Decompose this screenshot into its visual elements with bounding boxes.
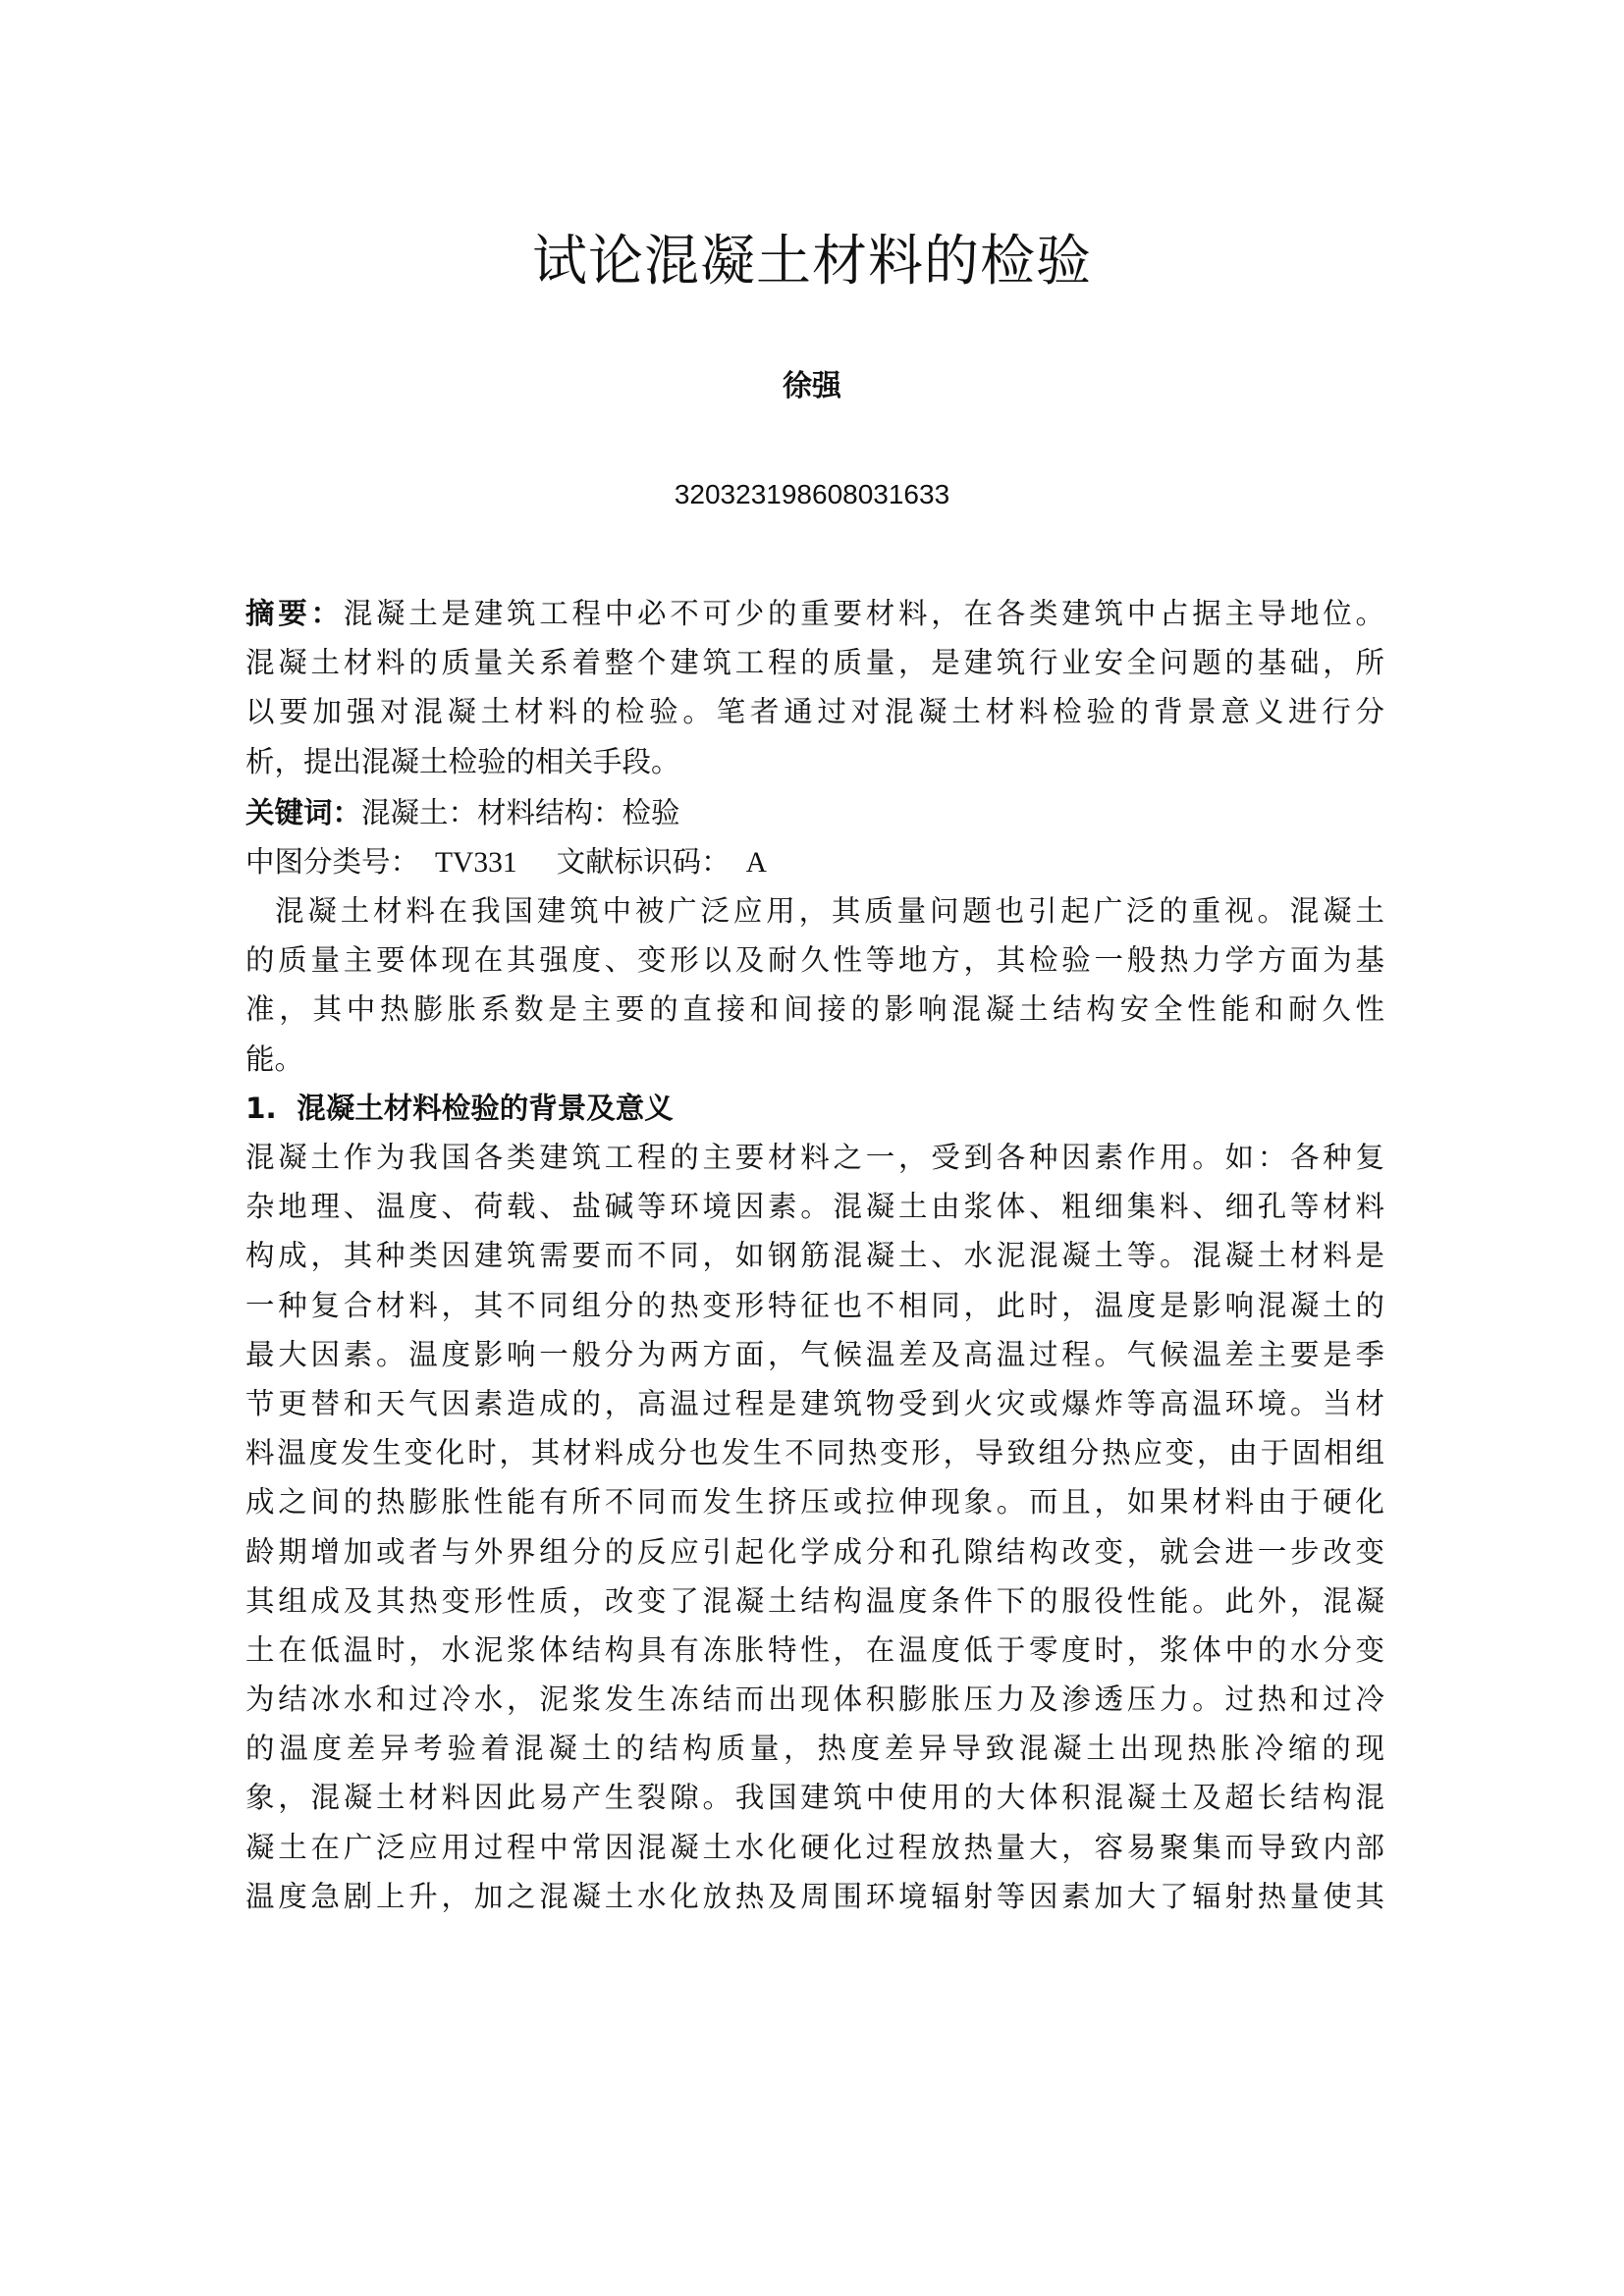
section-1-heading-block: 1. 混凝土材料检验的背景及意义 — [245, 1084, 1384, 1133]
section-1-line: 杂地理、温度、荷载、盐碱等环境因素。混凝土由浆体、粗细集料、细孔等材料 — [245, 1182, 1384, 1231]
section-1-line: 一种复合材料，其不同组分的热变形特征也不相同，此时，温度是影响混凝土的 — [245, 1281, 1384, 1330]
section-1-line: 的温度差异考验着混凝土的结构质量，热度差异导致混凝土出现热胀冷缩的现 — [245, 1724, 1384, 1773]
section-1-line: 构成，其种类因建筑需要而不同，如钢筋混凝土、水泥混凝土等。混凝土材料是 — [245, 1231, 1384, 1280]
author-name: 徐强 — [0, 367, 1624, 406]
abstract-line: 以要加强对混凝土材料的检验。笔者通过对混凝土材料检验的背景意义进行分 — [245, 687, 1384, 736]
section-1-line: 其组成及其热变形性质，改变了混凝土结构温度条件下的服役性能。此外，混凝 — [245, 1576, 1384, 1626]
section-1-line: 龄期增加或者与外界组分的反应引起化学成分和孔隙结构改变，就会进一步改变 — [245, 1527, 1384, 1576]
intro-paragraph: 混凝土材料在我国建筑中被广泛应用，其质量问题也引起广泛的重视。混凝土 的质量主要… — [245, 886, 1384, 1084]
section-1-line: 象，混凝土材料因此易产生裂隙。我国建筑中使用的大体积混凝土及超长结构混 — [245, 1773, 1384, 1822]
document-title: 试论混凝土材料的检验 — [0, 228, 1624, 296]
section-1-line: 温度急剧上升，加之混凝土水化放热及周围环境辐射等因素加大了辐射热量使其 — [245, 1872, 1384, 1921]
abstract-line: 析，提出混凝土检验的相关手段。 — [245, 737, 1384, 786]
abstract-line: 摘要：混凝土是建筑工程中必不可少的重要材料，在各类建筑中占据主导地位。 — [245, 589, 1384, 638]
classification-section: 中图分类号：TV331文献标识码：A — [245, 837, 1384, 886]
keywords-label: 关键词： — [245, 796, 361, 829]
section-1-line: 为结冰水和过冷水，泥浆发生冻结而出现体积膨胀压力及渗透压力。过热和过冷 — [245, 1675, 1384, 1724]
abstract-text: 混凝土是建筑工程中必不可少的重要材料，在各类建筑中占据主导地位。 — [344, 597, 1384, 630]
section-1-line: 料温度发生变化时，其材料成分也发生不同热变形，导致组分热应变，由于固相组 — [245, 1428, 1384, 1477]
section-1-paragraph: 混凝土作为我国各类建筑工程的主要材料之一，受到各种因素作用。如：各种复 杂地理、… — [245, 1133, 1384, 1921]
classification-line: 中图分类号：TV331文献标识码：A — [245, 837, 1384, 886]
section-1-line: 混凝土作为我国各类建筑工程的主要材料之一，受到各种因素作用。如：各种复 — [245, 1133, 1384, 1182]
doc-code-value: A — [746, 847, 767, 879]
section-1-line: 节更替和天气因素造成的，高温过程是建筑物受到火灾或爆炸等高温环境。当材 — [245, 1379, 1384, 1428]
intro-line: 混凝土材料在我国建筑中被广泛应用，其质量问题也引起广泛的重视。混凝土 — [245, 886, 1384, 935]
intro-line: 能。 — [245, 1035, 1384, 1084]
intro-line: 的质量主要体现在其强度、变形以及耐久性等地方，其检验一般热力学方面为基 — [245, 935, 1384, 985]
author-id-number: 320323198608031633 — [0, 475, 1624, 514]
keywords-value: 混凝土：材料结构：检验 — [361, 796, 680, 829]
intro-line: 准，其中热膨胀系数是主要的直接和间接的影响混凝土结构安全性能和耐久性 — [245, 985, 1384, 1034]
clc-label: 中图分类号： — [245, 845, 419, 879]
section-1-line: 成之间的热膨胀性能有所不同而发生挤压或拉伸现象。而且，如果材料由于硬化 — [245, 1477, 1384, 1526]
section-1-line: 凝土在广泛应用过程中常因混凝土水化硬化过程放热量大，容易聚集而导致内部 — [245, 1823, 1384, 1872]
section-1-line: 最大因素。温度影响一般分为两方面，气候温差及高温过程。气候温差主要是季 — [245, 1330, 1384, 1379]
keywords-section: 关键词：混凝土：材料结构：检验 — [245, 788, 1384, 837]
abstract-section: 摘要：混凝土是建筑工程中必不可少的重要材料，在各类建筑中占据主导地位。 混凝土材… — [245, 589, 1384, 786]
keywords-line: 关键词：混凝土：材料结构：检验 — [245, 788, 1384, 837]
clc-value: TV331 — [435, 847, 517, 879]
section-1-heading: 1. 混凝土材料检验的背景及意义 — [245, 1084, 1384, 1133]
abstract-label: 摘要： — [245, 597, 344, 630]
section-1-line: 土在低温时，水泥浆体结构具有冻胀特性，在温度低于零度时，浆体中的水分变 — [245, 1626, 1384, 1675]
doc-code-label: 文献标识码： — [557, 845, 731, 879]
document-page: 试论混凝土材料的检验 徐强 320323198608031633 摘要：混凝土是… — [0, 0, 1624, 2296]
abstract-line: 混凝土材料的质量关系着整个建筑工程的质量，是建筑行业安全问题的基础，所 — [245, 638, 1384, 687]
